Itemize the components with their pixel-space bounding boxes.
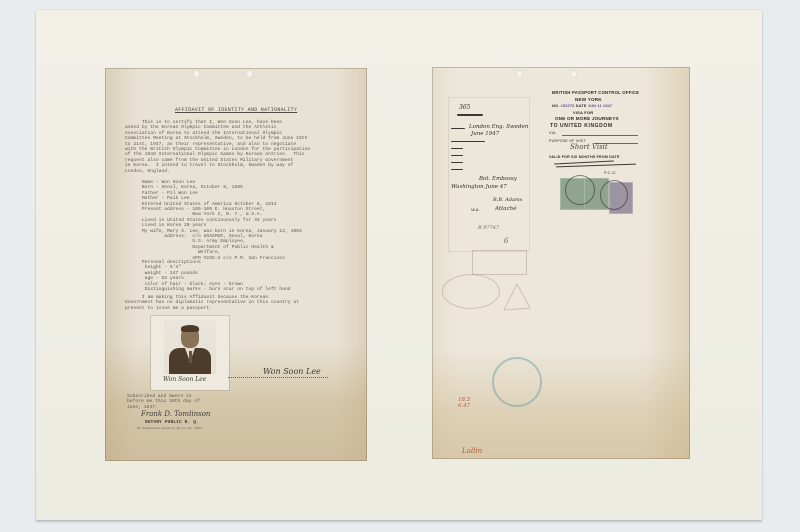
manuscript-attache: Attaché [495,206,516,212]
punch-hole [570,70,577,78]
passport-photo [164,320,216,374]
signature-line [228,377,328,378]
punch-hole [246,70,253,78]
faded-rectangular-stamp [472,250,527,275]
journeys: ONE OR MORE JOURNEYS [555,116,619,121]
manuscript-line: June 1947 [471,131,499,137]
affidavit-details: Name - Won Soon Lee Born - Seoul, Korea,… [125,180,302,261]
affidavit-title: AFFIDAVIT OF IDENTITY AND NATIONALITY [175,107,297,113]
passport-photo-frame: Won Soon Lee [151,316,229,390]
notary-title: NOTARY PUBLIC N. Q. [145,420,199,425]
red-signature: Lollin [462,447,482,455]
cancellation-mark [565,175,595,205]
punch-hole [516,70,523,78]
visa-number: 182270 [561,104,575,108]
blue-circular-stamp [492,357,542,407]
affidavit-closing: I am making this Affidavit because the K… [125,295,299,311]
red-handwritten-note: 18.5 6.47 [458,397,470,409]
office-city: NEW YORK [575,97,602,102]
visa-date: JUN 11 1947 [588,104,612,108]
notary-signature: Frank D. Tomlinson [141,410,210,418]
destination: TO UNITED KINGDOM [550,123,613,129]
endorsement-number: 365 [459,104,470,111]
manuscript-line: London Eng. Sweden [469,124,528,130]
visa-for: VISA FOR [573,110,593,115]
validity-stamp: VALID FOR SIX MONTHS FROM DATE [549,155,620,159]
faded-triangle-stamp [502,282,532,312]
cancellation-mark [600,180,628,210]
affiant-signature: Won Soon Lee [263,367,321,376]
visa-document: 365 London Eng. Sweden June 1947 Bot. Em… [432,67,690,459]
manuscript-place: Bot. Embassy [479,176,517,182]
office-name: BRITISH PASSPORT CONTROL OFFICE [552,90,639,95]
manuscript-signature: R.B. Adams [493,197,522,203]
manuscript-place: Washington June 47 [451,184,507,190]
affidavit-paragraph: This is to certify that I, Won Soon Lee,… [125,120,310,174]
pco-label: P.C.O. [604,170,617,175]
file-mark: 6 [504,237,508,245]
photo-signature: Won Soon Lee [163,376,206,383]
subscribed-statement: Subscribed and Sworn to before me this 1… [127,394,200,410]
faded-oval-stamp [442,274,500,309]
purpose-handwritten: Short Visit [570,143,608,151]
notary-expiry: My Commission Expires April 14, 1951 [137,427,202,430]
file-number: B 97747 [478,225,499,231]
affidavit-document: AFFIDAVIT OF IDENTITY AND NATIONALITY Th… [105,68,367,461]
personal-descriptions: Personal descriptions height - 5'4" weig… [125,260,291,292]
punch-hole [193,70,200,78]
via-label: VIA [549,131,556,135]
